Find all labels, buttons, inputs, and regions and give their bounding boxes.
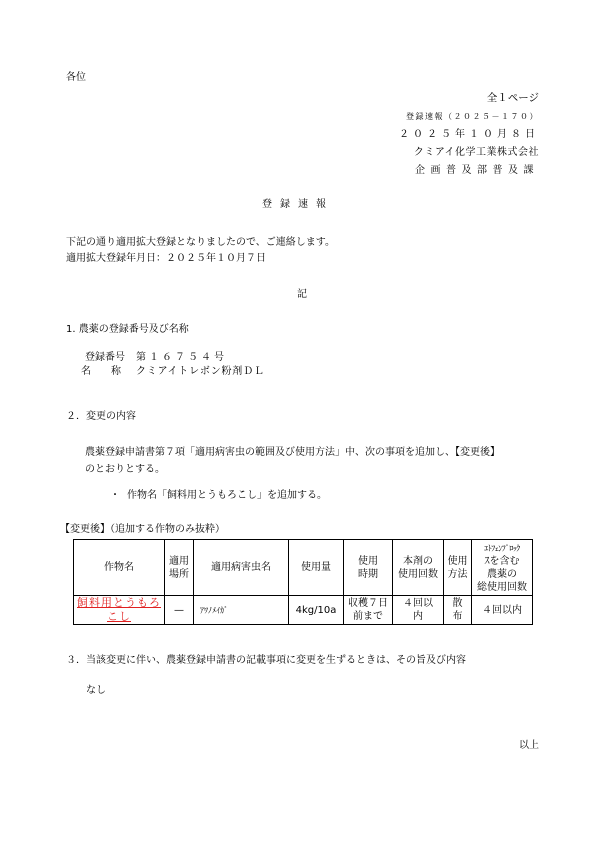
header-place: 適用場所 bbox=[165, 540, 194, 596]
header-timing: 使用時期 bbox=[344, 540, 393, 596]
ki-label: 記 bbox=[297, 290, 307, 300]
section-1-heading: 1. 農薬の登録番号及び名称 bbox=[66, 325, 189, 335]
addressee: 各位 bbox=[66, 73, 86, 83]
company-name: クミアイ化学工業株式会社 bbox=[414, 148, 539, 158]
doc-number: 登録速報（２０２５－１７０） bbox=[406, 113, 539, 121]
intro-line-1: 下記の通り適用拡大登録となりましたので、ご連絡します。 bbox=[66, 238, 335, 248]
cell-place: — bbox=[165, 596, 194, 625]
crop-link[interactable]: 飼料用とうもろこし bbox=[77, 596, 161, 623]
closing: 以上 bbox=[519, 741, 539, 751]
section-3-heading: ３．当該変更に伴い、農薬登録申請書の記載事項に変更を生ずるときは、その旨及び内容 bbox=[66, 656, 466, 666]
registration-number-label: 登録番号 bbox=[85, 353, 125, 363]
header-amount: 使用量 bbox=[289, 540, 344, 596]
section-2-body-line-2: のとおりとする。 bbox=[85, 465, 165, 475]
document-title: 登録速報 bbox=[262, 200, 334, 210]
table-row: 飼料用とうもろこし — ｱﾜﾉﾒｲｶﾞ 4kg/10a 収穫７日前まで ４回以内… bbox=[74, 596, 533, 625]
cell-count: ４回以内 bbox=[393, 596, 444, 625]
cell-crop[interactable]: 飼料用とうもろこし bbox=[74, 596, 165, 625]
registration-number-value: 第１６７５４号 bbox=[136, 353, 227, 363]
intro-line-2: 適用拡大登録年月日：２０２５年１０月７日 bbox=[66, 254, 266, 264]
cell-total-count: ４回以内 bbox=[472, 596, 533, 625]
header-pest: 適用病害虫名 bbox=[194, 540, 289, 596]
product-name-value: クミアイトレボン粉剤ＤＬ bbox=[136, 367, 265, 377]
section-3-body: なし bbox=[86, 686, 106, 696]
registration-table: 作物名 適用場所 適用病害虫名 使用量 使用時期 本剤の使用回数 使用方法 ｴﾄ… bbox=[73, 539, 533, 625]
cell-pest: ｱﾜﾉﾒｲｶﾞ bbox=[194, 596, 289, 625]
header-count: 本剤の使用回数 bbox=[393, 540, 444, 596]
bullet-marker: ・ bbox=[110, 491, 120, 501]
product-name-label: 名 称 bbox=[81, 367, 121, 377]
table-header-row: 作物名 適用場所 適用病害虫名 使用量 使用時期 本剤の使用回数 使用方法 ｴﾄ… bbox=[74, 540, 533, 596]
cell-amount: 4kg/10a bbox=[289, 596, 344, 625]
section-2-body-line-1: 農薬登録申請書第７項「適用病害虫の範囲及び使用方法」中、次の事項を追加し、【変更… bbox=[85, 448, 500, 458]
bullet-text: 作物名「飼料用とうもろこし」を追加する。 bbox=[127, 491, 327, 501]
section-2-heading: ２．変更の内容 bbox=[66, 412, 136, 422]
department-name: 企画普及部普及課 bbox=[415, 166, 539, 176]
cell-method: 散布 bbox=[444, 596, 472, 625]
issue-date: ２０２５年１０月８日 bbox=[399, 130, 539, 140]
page-count: 全１ページ bbox=[487, 93, 539, 104]
table-caption: 【変更後】（追加する作物のみ抜粋） bbox=[60, 525, 225, 535]
cell-timing: 収穫７日前まで bbox=[344, 596, 393, 625]
header-total-count: ｴﾄﾌｪﾝﾌﾟﾛｯｸｽを含む農薬の総使用回数 bbox=[472, 540, 533, 596]
header-crop: 作物名 bbox=[74, 540, 165, 596]
header-method: 使用方法 bbox=[444, 540, 472, 596]
